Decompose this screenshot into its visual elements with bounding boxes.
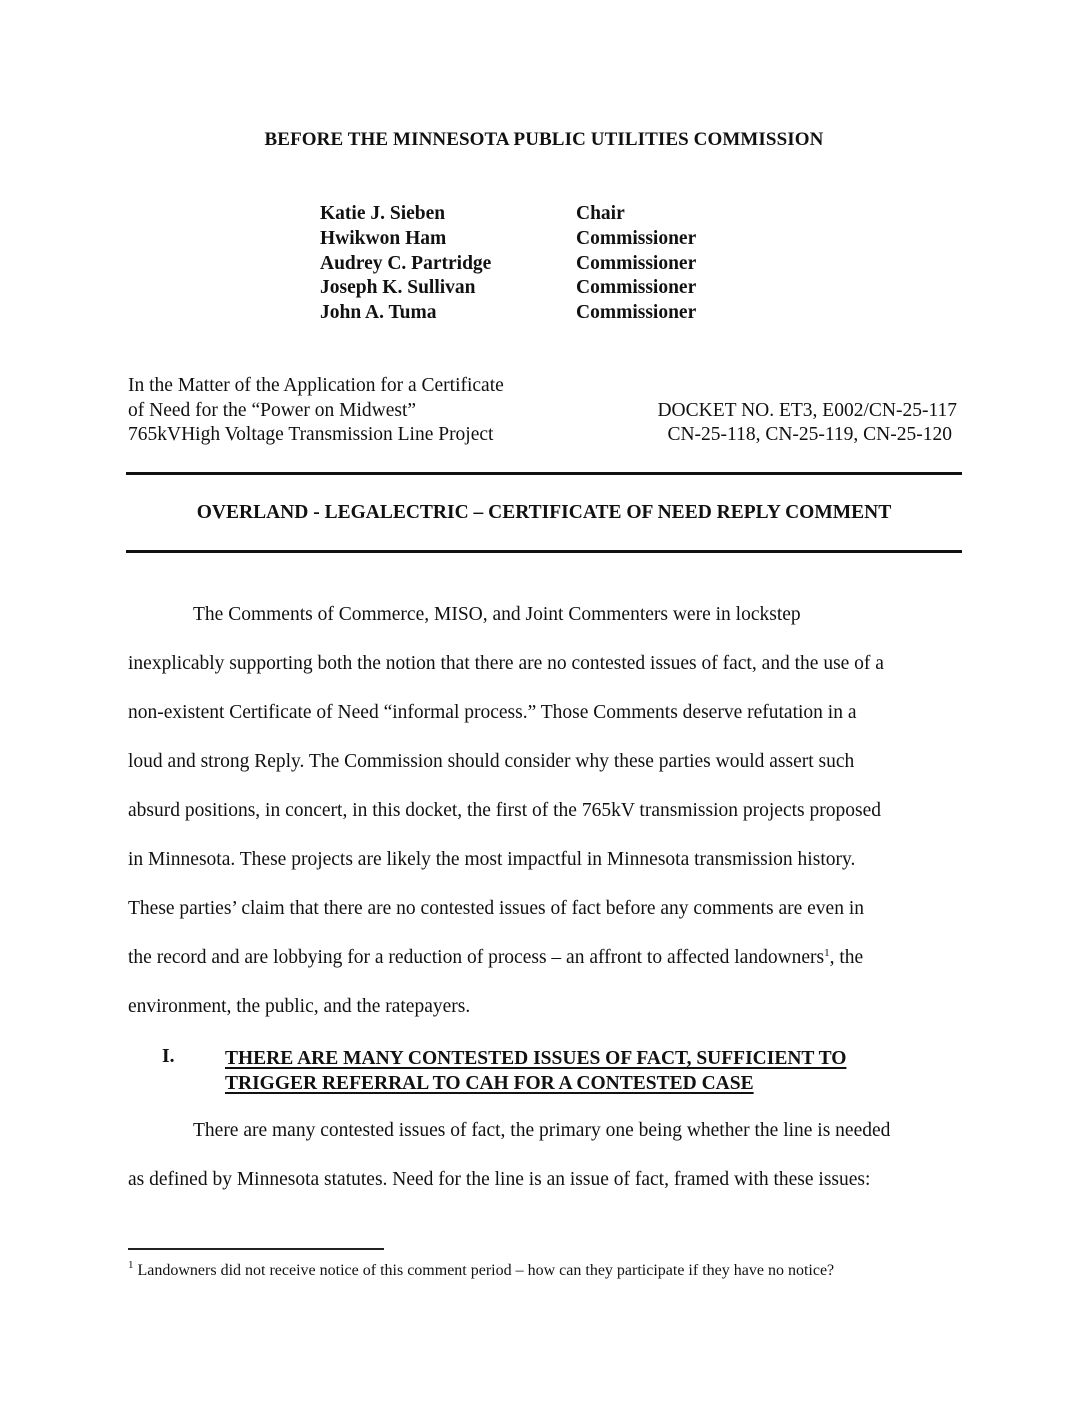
docket-number: CN-25-118, CN-25-119, CN-25-120 [667,423,952,448]
paragraph-line: non-existent Certificate of Need “inform… [128,702,856,724]
paragraph-line: These parties’ claim that there are no c… [128,898,864,920]
commissioner-role: Commissioner [576,227,696,252]
paragraph-line: in Minnesota. These projects are likely … [128,849,855,871]
paragraph-line: the record and are lobbying for a reduct… [128,947,863,969]
paragraph-line: inexplicably supporting both the notion … [128,653,884,675]
divider [126,550,962,553]
line-text: the record and are lobbying for a reduct… [128,947,824,968]
commissioner-role: Commissioner [576,252,696,277]
divider [126,472,962,475]
docket-number: DOCKET NO. ET3, E002/CN-25-117 [657,399,957,424]
court-heading: BEFORE THE MINNESOTA PUBLIC UTILITIES CO… [0,129,1088,151]
paragraph-line: There are many contested issues of fact,… [193,1120,890,1142]
commissioner-name: Katie J. Sieben [320,202,445,227]
document-title: OVERLAND - LEGALECTRIC – CERTIFICATE OF … [0,502,1088,524]
commissioner-role: Commissioner [576,276,696,301]
paragraph-line: absurd positions, in concert, in this do… [128,800,881,822]
section-title-line: TRIGGER REFERRAL TO CAH FOR A CONTESTED … [225,1071,754,1096]
commissioner-role: Commissioner [576,301,696,326]
footnote-text: Landowners did not receive notice of thi… [134,1262,835,1279]
matter-line: 765kVHigh Voltage Transmission Line Proj… [128,423,493,448]
section-title-line: THERE ARE MANY CONTESTED ISSUES OF FACT,… [225,1046,846,1071]
commissioner-name: Joseph K. Sullivan [320,276,476,301]
commissioner-name: Hwikwon Ham [320,227,446,252]
paragraph-line: The Comments of Commerce, MISO, and Join… [193,604,801,626]
paragraph-line: environment, the public, and the ratepay… [128,996,470,1018]
matter-line: of Need for the “Power on Midwest” [128,399,416,424]
commissioner-name: John A. Tuma [320,301,437,326]
commissioner-name: Audrey C. Partridge [320,252,491,277]
section-number: I. [162,1046,174,1068]
paragraph-line: as defined by Minnesota statutes. Need f… [128,1169,870,1191]
matter-line: In the Matter of the Application for a C… [128,374,504,399]
footnote-divider [128,1248,384,1250]
footnote: 1 Landowners did not receive notice of t… [128,1262,834,1280]
commissioner-role: Chair [576,202,625,227]
paragraph-line: loud and strong Reply. The Commission sh… [128,751,854,773]
line-text: , the [830,947,864,968]
